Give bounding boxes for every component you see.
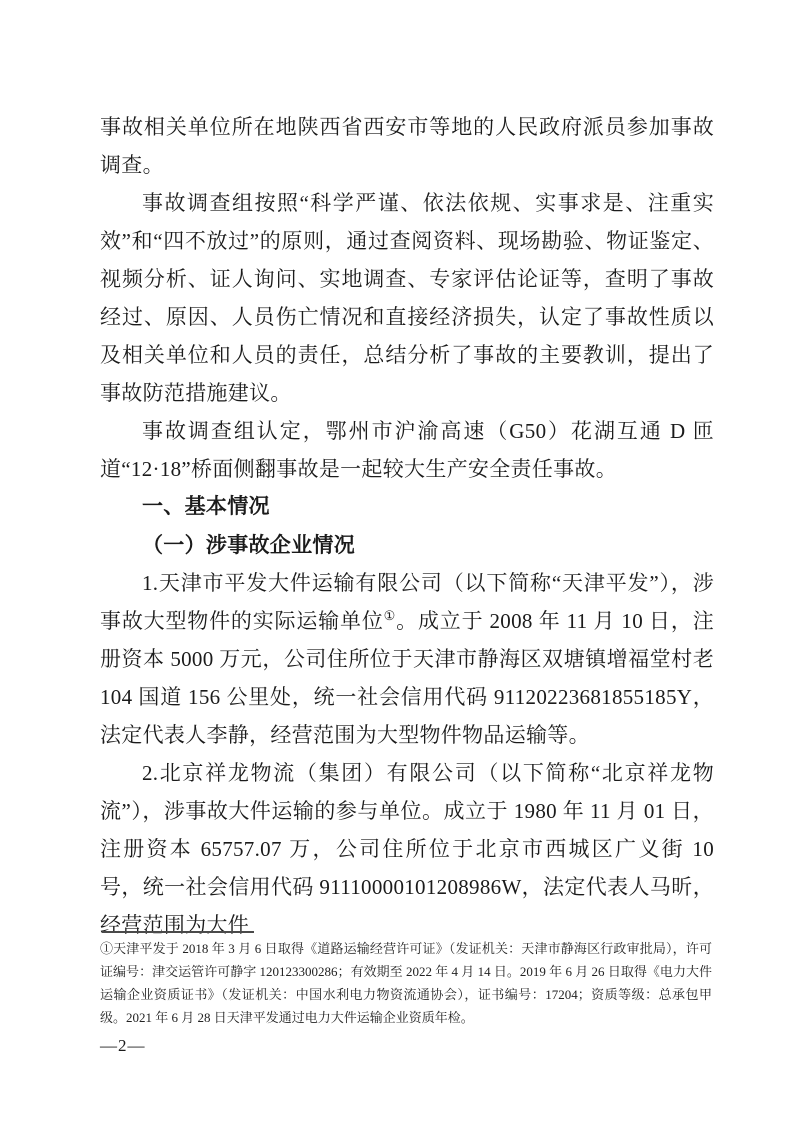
section-heading-basic-situation: 一、基本情况: [100, 488, 714, 526]
paragraph-company-beijing: 2.北京祥龙物流（集团）有限公司（以下简称“北京祥龙物流”），涉事故大件运输的参…: [100, 754, 714, 944]
subsection-heading-involved-companies: （一）涉事故企业情况: [100, 526, 714, 564]
paragraph-investigation-method: 事故调查组按照“科学严谨、依法依规、实事求是、注重实效”和“四不放过”的原则，通…: [100, 184, 714, 412]
paragraph-continuation: 事故相关单位所在地陕西省西安市等地的人民政府派员参加事故调查。: [100, 108, 714, 184]
footnote-separator-line: [102, 931, 254, 933]
paragraph-company-tianjin: 1.天津市平发大件运输有限公司（以下简称“天津平发”），涉事故大型物件的实际运输…: [100, 564, 714, 754]
footnote-text: ①天津平发于 2018 年 3 月 6 日取得《道路运输经营许可证》（发证机关：…: [100, 937, 712, 1029]
footnote-area: ①天津平发于 2018 年 3 月 6 日取得《道路运输经营许可证》（发证机关：…: [100, 931, 712, 1029]
paragraph-conclusion: 事故调查组认定，鄂州市沪渝高速（G50）花湖互通 D 匝道“12·18”桥面侧翻…: [100, 412, 714, 488]
page-number: —2—: [100, 1036, 146, 1056]
document-body: 事故相关单位所在地陕西省西安市等地的人民政府派员参加事故调查。 事故调查组按照“…: [100, 108, 714, 944]
footnote-reference-1: ①: [384, 608, 396, 623]
document-page: 事故相关单位所在地陕西省西安市等地的人民政府派员参加事故调查。 事故调查组按照“…: [0, 0, 800, 1131]
